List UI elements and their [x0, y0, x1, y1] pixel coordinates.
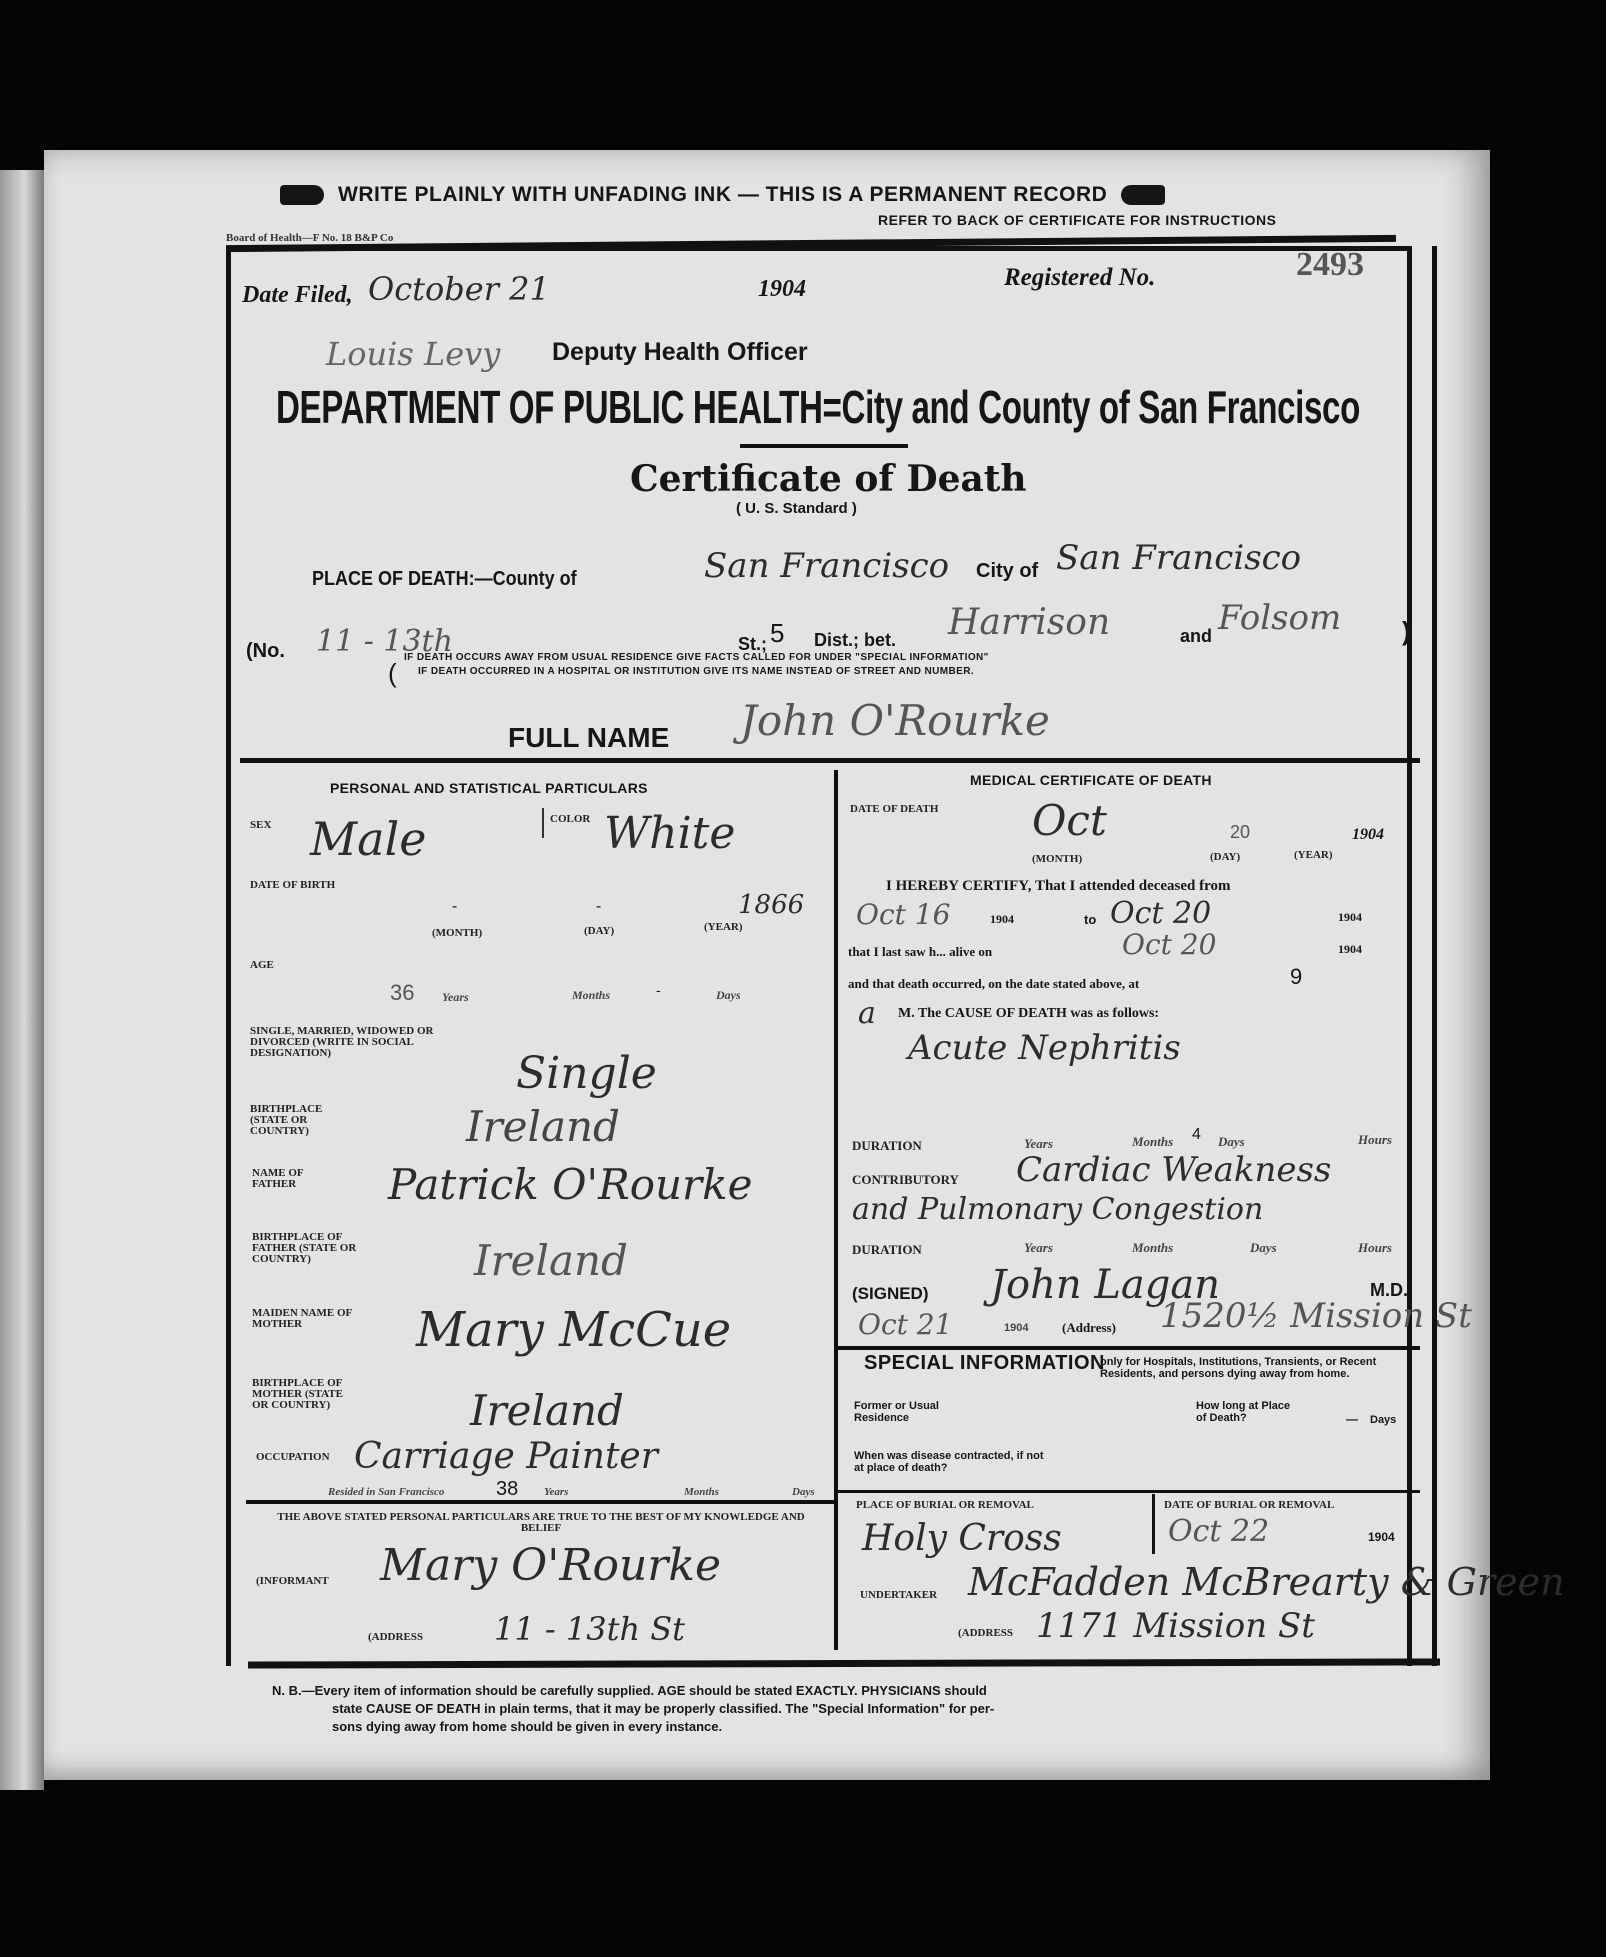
father-birthplace-value: Ireland	[474, 1236, 628, 1285]
dod-year-label: (Year)	[1294, 850, 1333, 861]
sex-label: SEX	[250, 820, 271, 831]
age-label: AGE	[250, 960, 274, 971]
affirm-text: THE ABOVE STATED PERSONAL PARTICULARS AR…	[256, 1512, 826, 1534]
age-days-label: Days	[716, 988, 741, 1003]
contributory-label: CONTRIBUTORY	[852, 1174, 959, 1185]
duration-months-label: Months	[1132, 1134, 1173, 1150]
duration-days-label: Days	[1218, 1134, 1245, 1150]
resided-days-label: Days	[792, 1486, 815, 1498]
signed-date: Oct 21	[858, 1308, 952, 1341]
dob-label: DATE OF BIRTH	[250, 880, 335, 891]
occurred-text: and that death occurred, on the date sta…	[848, 976, 1139, 992]
burial-divider	[1152, 1494, 1155, 1554]
burial-rule	[838, 1490, 1420, 1493]
title-divider	[740, 444, 908, 448]
column-divider	[834, 770, 838, 1650]
dob-day-value: -	[596, 898, 601, 916]
pointing-hand-icon	[280, 185, 324, 205]
between-street-1: Harrison	[948, 602, 1110, 643]
residence-label: Former or Usual Residence	[854, 1400, 944, 1424]
attended-to-value: Oct 20	[1110, 896, 1211, 931]
how-long-days-label: Days	[1370, 1414, 1396, 1426]
form-imprint: Board of Health—F No. 18 B&P Co	[226, 232, 393, 244]
duration-hours-label: Hours	[1358, 1132, 1392, 1148]
date-filed-label: Date Filed,	[242, 282, 353, 309]
signed-label: (SIGNED)	[852, 1284, 929, 1304]
father-name-label: NAME OF FATHER	[252, 1168, 332, 1190]
duration2-hours-label: Hours	[1358, 1240, 1392, 1256]
refer-instructions: REFER TO BACK OF CERTIFICATE FOR INSTRUC…	[878, 212, 1276, 228]
city-value: San Francisco	[1056, 538, 1301, 578]
frame-right	[1432, 246, 1437, 1666]
department-title: DEPARTMENT OF PUBLIC HEALTH=City and Cou…	[276, 380, 1360, 434]
color-label: COLOR	[550, 814, 590, 825]
officer-signature: Louis Levy	[326, 335, 500, 373]
mother-name-label: MAIDEN NAME OF MOTHER	[252, 1308, 362, 1330]
physician-address-label: (Address)	[1062, 1320, 1116, 1336]
occupation-label: OCCUPATION	[256, 1452, 330, 1463]
and-label: and	[1180, 626, 1212, 647]
dob-day-label: (Day)	[584, 926, 614, 937]
full-name-label: FULL NAME	[508, 722, 669, 754]
footnote-line-3: sons dying away from home should be give…	[272, 1718, 1352, 1736]
dod-day-value: 20	[1230, 822, 1250, 843]
occupation-value: Carriage Painter	[354, 1436, 658, 1477]
dod-year-value: 1904	[1352, 826, 1384, 844]
attended-from-value: Oct 16	[856, 898, 950, 931]
banner: WRITE PLAINLY WITH UNFADING INK — THIS I…	[280, 178, 1380, 212]
how-long-label: How long at Place of Death?	[1196, 1400, 1296, 1424]
how-long-value: —	[1346, 1412, 1358, 1426]
mother-birthplace-label: BIRTHPLACE OF MOTHER (State or Country)	[252, 1378, 362, 1411]
burial-place-label: PLACE OF BURIAL OR REMOVAL	[856, 1500, 1034, 1511]
district-label: Dist.; bet.	[814, 630, 896, 651]
medical-heading: MEDICAL CERTIFICATE OF DEATH	[970, 772, 1212, 788]
special-rule	[838, 1346, 1420, 1350]
place-label: PLACE OF DEATH:—County of	[312, 568, 577, 591]
attended-to-year: 1904	[1338, 910, 1362, 925]
resided-months-label: Months	[684, 1486, 719, 1498]
age-years-value: 36	[390, 980, 414, 1006]
resided-years-value: 38	[496, 1478, 518, 1501]
burial-place-value: Holy Cross	[862, 1518, 1062, 1559]
birthplace-label: BIRTHPLACE (State or Country)	[250, 1104, 360, 1137]
city-label: City of	[976, 560, 1038, 583]
burial-date-label: DATE of BURIAL or REMOVAL	[1164, 1500, 1334, 1511]
filing-year: 1904	[758, 276, 806, 303]
color-value: White	[604, 808, 735, 859]
place-note-1: IF DEATH OCCURS AWAY FROM USUAL RESIDENC…	[404, 652, 989, 663]
undertaker-address-value: 1171 Mission St	[1036, 1606, 1315, 1646]
dob-year-value: 1866	[738, 890, 804, 920]
to-label: to	[1084, 912, 1096, 927]
footnote-line-2: state CAUSE OF DEATH in plain terms, tha…	[272, 1700, 1352, 1718]
duration2-label: DURATION	[852, 1244, 922, 1255]
dod-label: DATE OF DEATH	[850, 804, 938, 815]
age-months-value: -	[656, 982, 661, 998]
note-paren: (	[388, 658, 397, 689]
attended-from-year: 1904	[990, 912, 1014, 927]
age-years-label: Years	[442, 990, 469, 1005]
dod-day-label: (Day)	[1210, 852, 1240, 863]
last-saw-value: Oct 20	[1122, 928, 1216, 961]
occupation-rule	[246, 1500, 836, 1504]
informant-value: Mary O'Rourke	[380, 1540, 721, 1591]
mother-name-value: Mary McCue	[416, 1302, 731, 1358]
place-note-2: IF DEATH OCCURRED IN A HOSPITAL OR INSTI…	[418, 666, 974, 677]
marital-label: SINGLE, MARRIED, WIDOWED OR DIVORCED (Wr…	[250, 1026, 460, 1059]
date-filed-value: October 21	[368, 270, 550, 308]
burial-date-value: Oct 22	[1168, 1514, 1269, 1549]
duration2-years-label: Years	[1024, 1240, 1053, 1256]
burial-year: 1904	[1368, 1530, 1395, 1544]
standard-note: ( U. S. Standard )	[736, 500, 857, 517]
special-subheading: only for Hospitals, Institutions, Transi…	[1100, 1356, 1420, 1380]
registered-number: 2493	[1296, 246, 1364, 284]
adjacent-page-edge	[0, 170, 44, 1790]
sex-color-divider	[542, 808, 544, 838]
dob-month-value: -	[452, 898, 457, 916]
sex-value: Male	[310, 812, 426, 866]
undertaker-label: UNDERTAKER	[860, 1590, 937, 1601]
death-hour: 9	[1290, 964, 1302, 990]
physician-address: 1520½ Mission St	[1160, 1296, 1472, 1336]
undertaker-address-label: (Address	[958, 1628, 1013, 1639]
registered-label: Registered No.	[1004, 264, 1155, 292]
duration-label: DURATION	[852, 1140, 922, 1151]
footnote: N. B.—Every item of information should b…	[272, 1682, 1352, 1736]
father-birthplace-label: BIRTHPLACE OF FATHER (State or Country)	[252, 1232, 362, 1265]
dod-month-value: Oct	[1032, 796, 1107, 845]
duration2-months-label: Months	[1132, 1240, 1173, 1256]
district-value: 5	[770, 618, 784, 649]
dod-month-label: (Month)	[1032, 854, 1082, 865]
certify-text: I HEREBY CERTIFY, That I attended deceas…	[886, 878, 1231, 895]
informant-label: (Informant	[256, 1576, 329, 1587]
father-name-value: Patrick O'Rourke	[388, 1160, 752, 1209]
certificate-title: Certificate of Death	[630, 458, 1027, 500]
resided-label: Resided in San Francisco	[328, 1486, 444, 1498]
signed-year: 1904	[1004, 1322, 1028, 1334]
duration2-days-label: Days	[1250, 1240, 1277, 1256]
contracted-label: When was disease contracted, if not at p…	[854, 1450, 1054, 1474]
last-saw-year: 1904	[1338, 942, 1362, 957]
meridiem: a	[858, 996, 876, 1031]
cause-of-death: Acute Nephritis	[908, 1028, 1181, 1068]
full-name-value: John O'Rourke	[740, 696, 1050, 745]
footnote-line-1: N. B.—Every item of information should b…	[272, 1682, 1352, 1700]
name-rule	[240, 758, 1420, 763]
close-paren: )	[1402, 616, 1411, 647]
between-street-2: Folsom	[1218, 598, 1341, 638]
personal-heading: PERSONAL AND STATISTICAL PARTICULARS	[330, 780, 648, 796]
mother-birthplace-value: Ireland	[470, 1386, 624, 1435]
banner-text: WRITE PLAINLY WITH UNFADING INK — THIS I…	[338, 183, 1107, 207]
marital-value: Single	[516, 1048, 657, 1099]
age-months-label: Months	[572, 988, 610, 1003]
last-saw-label: that I last saw h... alive on	[848, 944, 992, 960]
contributory-value-2: and Pulmonary Congestion	[852, 1192, 1263, 1227]
county-value: San Francisco	[704, 546, 949, 586]
contributory-value-1: Cardiac Weakness	[1016, 1150, 1331, 1190]
informant-address-label: (Address	[368, 1632, 423, 1643]
pointing-hand-icon	[1121, 185, 1165, 205]
dob-year-label: (Year)	[704, 922, 743, 933]
undertaker-value: McFadden McBrearty & Green	[968, 1560, 1565, 1604]
cause-text: M. The CAUSE OF DEATH was as follows:	[898, 1006, 1159, 1022]
street-number-label: (No.	[246, 640, 285, 663]
resided-years-label: Years	[544, 1486, 568, 1498]
birthplace-value: Ireland	[466, 1102, 620, 1151]
informant-address-value: 11 - 13th St	[494, 1610, 685, 1648]
duration-months-value: 4	[1192, 1126, 1201, 1144]
officer-title: Deputy Health Officer	[552, 338, 808, 367]
dob-month-label: (Month)	[432, 928, 482, 939]
special-heading: SPECIAL INFORMATION	[864, 1352, 1105, 1375]
